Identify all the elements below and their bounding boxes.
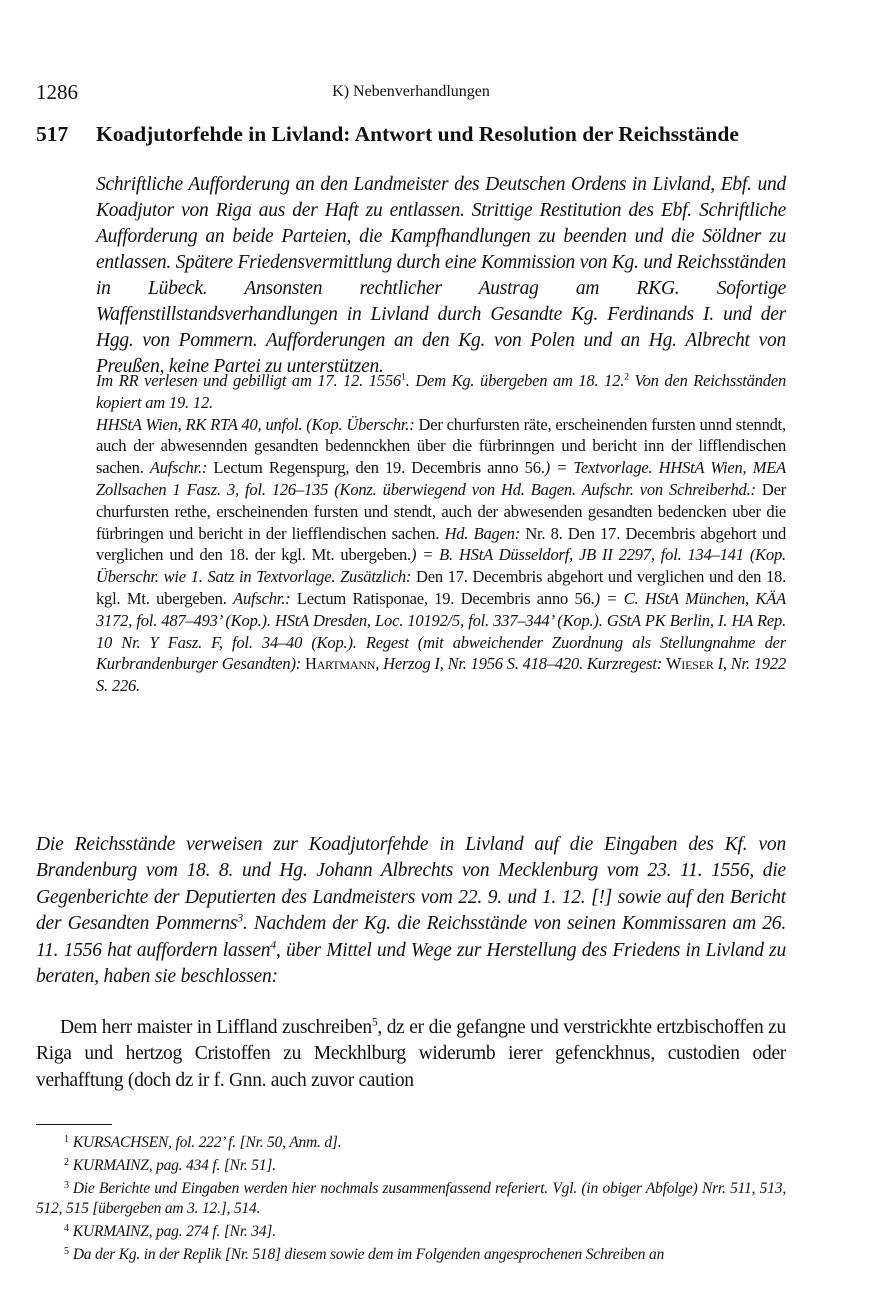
- source-b-endorsement: Lectum Ratisponae, 19. Decembris anno 56…: [290, 589, 594, 608]
- footnote-2: 2KURMAINZ, pag. 434 f. [Nr. 51].: [36, 1153, 786, 1176]
- footnote-mark: 5: [64, 1246, 69, 1257]
- footnote-5: 5Da der Kg. in der Replik [Nr. 518] dies…: [36, 1242, 786, 1265]
- footnote-text: Die Berichte und Eingaben werden hier no…: [36, 1180, 786, 1217]
- intro-paragraph: Die Reichsstände verweisen zur Koadjutor…: [36, 832, 786, 990]
- main-text-paragraph: Dem herr maister in Liffland zuschreiben…: [36, 1015, 786, 1094]
- document-summary: Schriftliche Aufforderung an den Landmei…: [96, 172, 786, 380]
- document-title: Koadjutorfehde in Livland: Antwort und R…: [96, 122, 739, 146]
- footnote-mark: 1: [64, 1134, 69, 1145]
- source-b-label: Aufschr.:: [233, 589, 290, 608]
- footnote-text: KURMAINZ, pag. 434 f. [Nr. 51].: [73, 1157, 276, 1174]
- source-date-note-2: . Dem Kg. übergeben am 18. 12.: [406, 371, 624, 390]
- footnote-mark: 4: [64, 1223, 69, 1234]
- source-a-citation: HHStA Wien, RK RTA 40, unfol. (Kop. Über…: [96, 415, 415, 434]
- footnotes: 1KURSACHSEN, fol. 222’ f. [Nr. 50, Anm. …: [36, 1130, 786, 1265]
- source-date-note: Im RR verlesen und gebilligt am 17. 12. …: [96, 371, 401, 390]
- source-apparatus: Im RR verlesen und gebilligt am 17. 12. …: [96, 370, 786, 697]
- document-heading: 517Koadjutorfehde in Livland: Antwort un…: [36, 122, 796, 147]
- footnote-text: KURMAINZ, pag. 274 f. [Nr. 34].: [73, 1223, 276, 1240]
- author-hartmann: Hartmann: [305, 654, 375, 673]
- footnote-mark: 3: [64, 1180, 69, 1191]
- footnote-divider: [36, 1124, 112, 1125]
- running-head: 1286 K) Nebenverhandlungen: [36, 80, 786, 106]
- footnote-3: 3Die Berichte und Eingaben werden hier n…: [36, 1176, 786, 1219]
- footnote-mark: 2: [64, 1157, 69, 1168]
- running-title: K) Nebenverhandlungen: [36, 83, 786, 101]
- source-a-hand-label: Hd. Bagen:: [445, 524, 520, 543]
- source-a-endorsement: Lectum Regenspurg, den 19. Decembris ann…: [207, 458, 545, 477]
- footnote-1: 1KURSACHSEN, fol. 222’ f. [Nr. 50, Anm. …: [36, 1130, 786, 1153]
- main-text-1: Dem herr maister in Liffland zuschreiben: [60, 1017, 372, 1038]
- footnote-text: Da der Kg. in der Replik [Nr. 518] diese…: [73, 1246, 664, 1263]
- author-wieser: Wieser: [666, 654, 714, 673]
- footnote-4: 4KURMAINZ, pag. 274 f. [Nr. 34].: [36, 1219, 786, 1242]
- document-number: 517: [36, 122, 96, 147]
- footnote-text: KURSACHSEN, fol. 222’ f. [Nr. 50, Anm. d…: [73, 1134, 342, 1151]
- source-a-label: Aufschr.:: [150, 458, 207, 477]
- source-c-ref: , Herzog I, Nr. 1956 S. 418–420. Kurzreg…: [375, 654, 666, 673]
